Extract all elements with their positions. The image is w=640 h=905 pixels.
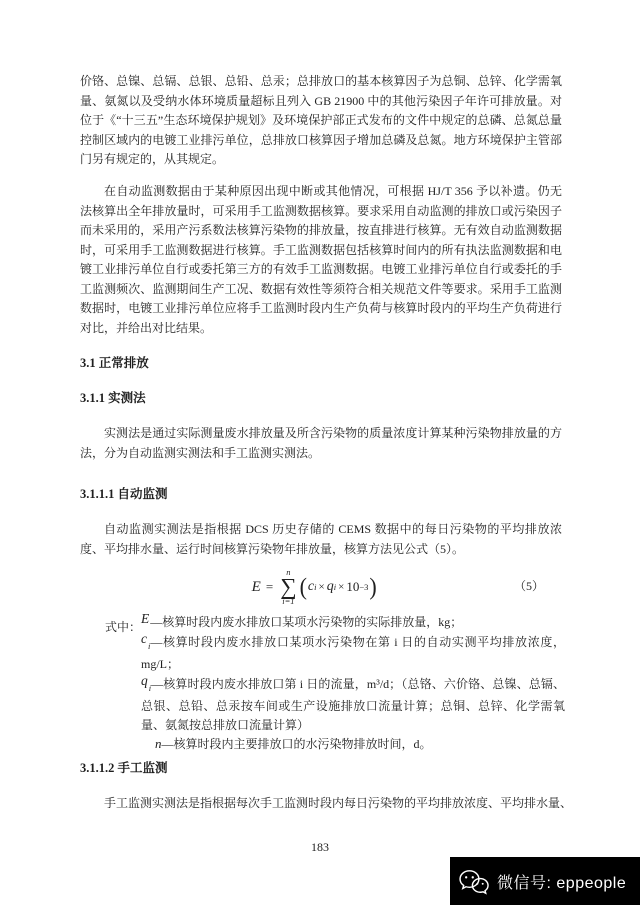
definition-E-text: —核算时段内废水排放口某项水污染物的实际排放量，kg； [150, 615, 462, 629]
equation-5-expression: E = n ∑ i=1 ( ci × qi × 10−3 ) [252, 563, 378, 611]
concentration-subscript: i [314, 582, 316, 592]
definition-E: E—核算时段内废水排放口某项水污染物的实际排放量，kg； [141, 613, 565, 632]
section-heading-3-1-1-1-auto-monitoring: 3.1.1.1 自动监测 [80, 485, 562, 505]
multiply-sign-1: × [319, 581, 325, 593]
definition-qi: qi—核算时段内废水排放口第 i 日的流量，m³/d；（总铬、六价铬、总镍、总镉… [141, 675, 565, 735]
paragraph-annual-permit-factors: 价铬、总镍、总镉、总银、总铅、总汞；总排放口的基本核算因子为总铜、总锌、化学需氧… [80, 72, 562, 170]
definitions-label: 式中： [105, 618, 141, 635]
summation-lower-limit: i=1 [282, 597, 294, 606]
flow-subscript: i [334, 582, 336, 592]
equation-number: （5） [514, 577, 544, 594]
definitions-list: E—核算时段内废水排放口某项水污染物的实际排放量，kg； ci—核算时段内废水排… [141, 613, 565, 755]
multiply-sign-2: × [338, 581, 344, 593]
paragraph-auto-monitoring-intro: 自动监测实测法是指根据 DCS 历史存储的 CEMS 数据中的每日污染物的平均排… [80, 520, 562, 559]
watermark-banner: 微信号: eppeople [450, 857, 640, 905]
section-heading-3-1-1-measured-method: 3.1.1 实测法 [80, 389, 562, 409]
power-base: 10 [346, 579, 359, 595]
definition-ci-symbol: c [141, 631, 147, 646]
definition-qi-text: —核算时段内废水排放口第 i 日的流量，m³/d；（总铬、六价铬、总镍、总镉、总… [141, 677, 565, 732]
open-parenthesis: ( [300, 573, 307, 601]
definition-ci-text: —核算时段内废水排放口某项水污染物在第 i 日的自动实测平均排放浓度，mg/L； [141, 635, 565, 672]
definition-n-text: —核算时段内主要排放口的水污染物排放时间，d。 [162, 737, 432, 751]
definition-E-symbol: E [141, 611, 149, 626]
definition-ci: ci—核算时段内废水排放口某项水污染物在第 i 日的自动实测平均排放浓度，mg/… [141, 633, 565, 674]
summation-symbol: n ∑ i=1 [280, 568, 296, 606]
document-page: { "colors": { "ink": "#1f1f1f", "page_ba… [0, 0, 640, 905]
flow-symbol: q [327, 579, 334, 595]
sigma-glyph: ∑ [280, 577, 296, 597]
watermark-label: 微信号: eppeople [497, 870, 626, 893]
paragraph-data-supplement: 在自动监测数据由于某种原因出现中断或其他情况，可根据 HJ/T 356 予以补遗… [80, 182, 562, 338]
power-exponent: −3 [359, 582, 368, 592]
definition-qi-symbol: q [141, 673, 148, 688]
equals-sign: = [266, 579, 273, 595]
paragraph-measured-method-intro: 实测法是通过实际测量废水排放量及所含污染物的质量浓度计算某种污染物排放量的方法，… [80, 424, 562, 463]
page-number: 183 [0, 840, 640, 855]
wechat-icon [458, 868, 490, 895]
definition-n: n—核算时段内主要排放口的水污染物排放时间，d。 [155, 735, 565, 754]
section-heading-3-1-normal-discharge: 3.1 正常排放 [80, 354, 562, 374]
close-parenthesis: ) [369, 573, 376, 601]
equation-lhs: E [252, 579, 261, 596]
equation-5: E = n ∑ i=1 ( ci × qi × 10−3 ) （5） [80, 563, 562, 611]
section-heading-3-1-1-2-manual-monitoring: 3.1.1.2 手工监测 [80, 759, 562, 779]
paragraph-manual-monitoring-intro: 手工监测实测法是指根据每次手工监测时段内每日污染物的平均排放浓度、平均排水量、 [80, 794, 590, 814]
